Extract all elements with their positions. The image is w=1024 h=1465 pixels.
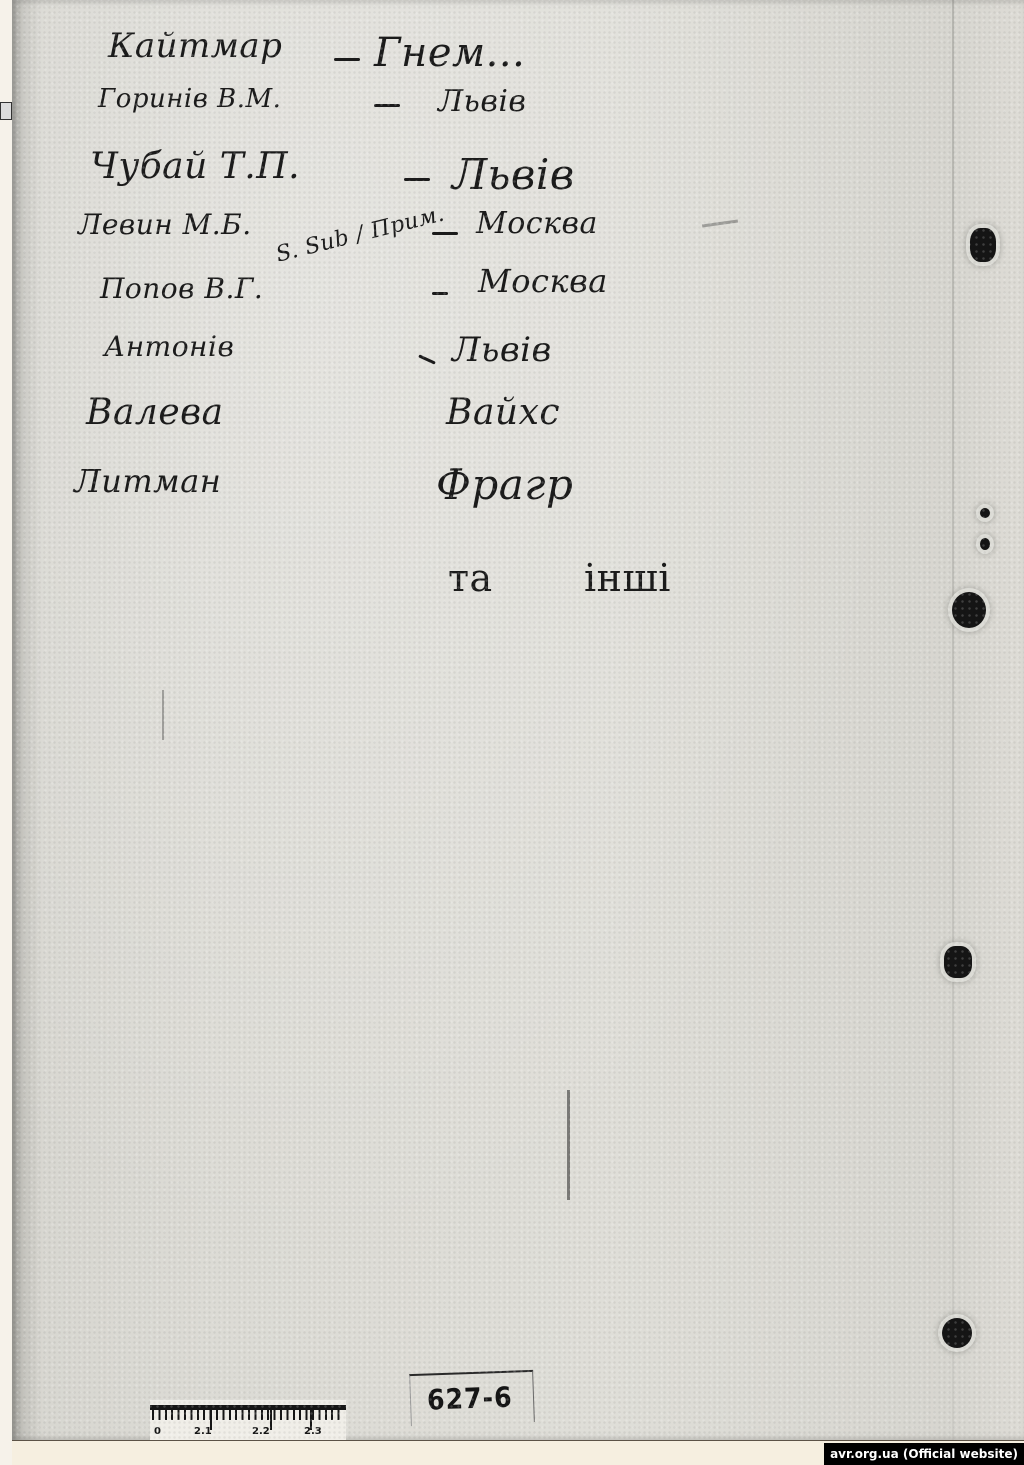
stray-mark [567,1090,570,1200]
entry-name: Валева [86,392,224,433]
dash [334,58,360,61]
dash [418,354,436,364]
entry-name: Чубай Т.П. [90,146,300,187]
scale-label: 0 [154,1426,161,1437]
dash [432,232,458,235]
closing-word-ta: та [448,556,493,600]
entry-city: Москва [478,262,608,300]
signature: S. Sub / Прим. [274,201,448,267]
punch-hole [952,592,986,628]
edge-mark [0,102,12,120]
closing-word-inshi: інші [584,556,671,600]
stray-mark [162,690,164,740]
page-crease [952,0,954,1440]
entry-city: Вайхс [446,392,560,433]
left-frame-margin [0,0,12,1465]
measurement-scale: 0 2.1 2.2 2.3 [150,1400,346,1440]
punch-hole [970,228,996,262]
punch-hole [942,1318,972,1348]
dash [432,292,448,295]
punch-hole [944,946,972,978]
scale-label: 2.1 [194,1426,212,1437]
archive-number: 627-6 [426,1381,513,1417]
entry-city: Львів [438,84,526,119]
archive-label: 627-6 [409,1370,535,1426]
dash [374,104,400,107]
document-page: Кайтмар Гнем... Горинів В.М. Львів Чубай… [12,0,1024,1440]
scale-ticks [152,1408,344,1420]
entry-city: Львів [452,150,575,199]
watermark: avr.org.ua (Official website) [824,1443,1024,1465]
entry-city: Москва [476,206,598,241]
scale-label: 2.3 [304,1426,322,1437]
entry-name: Литман [74,462,221,500]
stray-mark [702,220,738,228]
scale-major-tick [270,1408,272,1430]
entry-name: Левин М.Б. [78,208,252,241]
entry-name: Антонів [104,330,234,363]
entry-city: Фрагр [436,460,573,509]
entry-city: Львів [452,330,552,370]
punch-hole [980,538,990,550]
entry-name: Попов В.Г. [100,272,263,305]
entry-city: Гнем... [374,30,525,76]
punch-hole [980,508,990,518]
scale-label: 2.2 [252,1426,270,1437]
dash [404,178,430,181]
entry-name: Кайтмар [108,26,282,66]
entry-name: Горинів В.М. [98,84,281,114]
